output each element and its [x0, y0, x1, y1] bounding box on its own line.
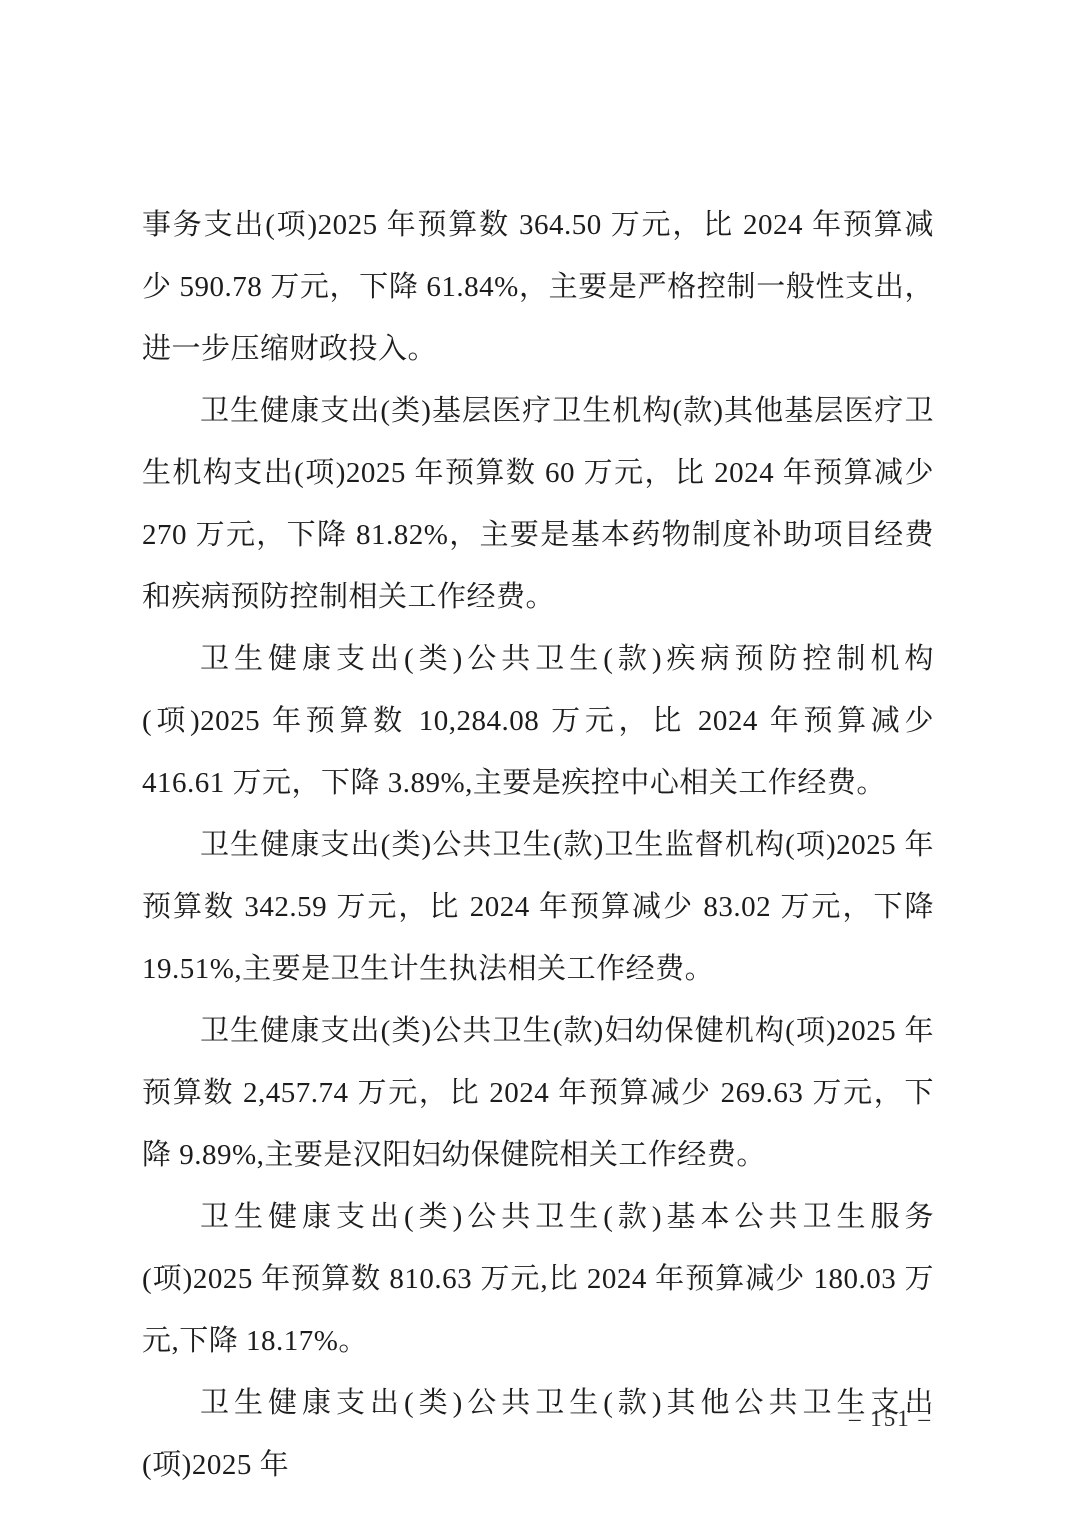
body-paragraph: 卫生健康支出(类)公共卫生(款)卫生监督机构(项)2025 年预算数 342.5… [142, 814, 934, 1000]
body-paragraph: 卫生健康支出(类)公共卫生(款)妇幼保健机构(项)2025 年预算数 2,457… [142, 1000, 934, 1186]
body-text-block: 事务支出(项)2025 年预算数 364.50 万元，比 2024 年预算减少 … [142, 194, 934, 1496]
page-number: – 151 – [849, 1404, 932, 1434]
body-paragraph: 卫生健康支出(类)基层医疗卫生机构(款)其他基层医疗卫生机构支出(项)2025 … [142, 380, 934, 628]
body-paragraph: 事务支出(项)2025 年预算数 364.50 万元，比 2024 年预算减少 … [142, 194, 934, 380]
document-page: 事务支出(项)2025 年预算数 364.50 万元，比 2024 年预算减少 … [0, 0, 1074, 1520]
body-paragraph: 卫生健康支出(类)公共卫生(款)基本公共卫生服务(项)2025 年预算数 810… [142, 1186, 934, 1372]
body-paragraph: 卫生健康支出(类)公共卫生(款)疾病预防控制机构(项)2025 年预算数 10,… [142, 628, 934, 814]
body-paragraph: 卫生健康支出(类)公共卫生(款)其他公共卫生支出(项)2025 年 [142, 1372, 934, 1496]
